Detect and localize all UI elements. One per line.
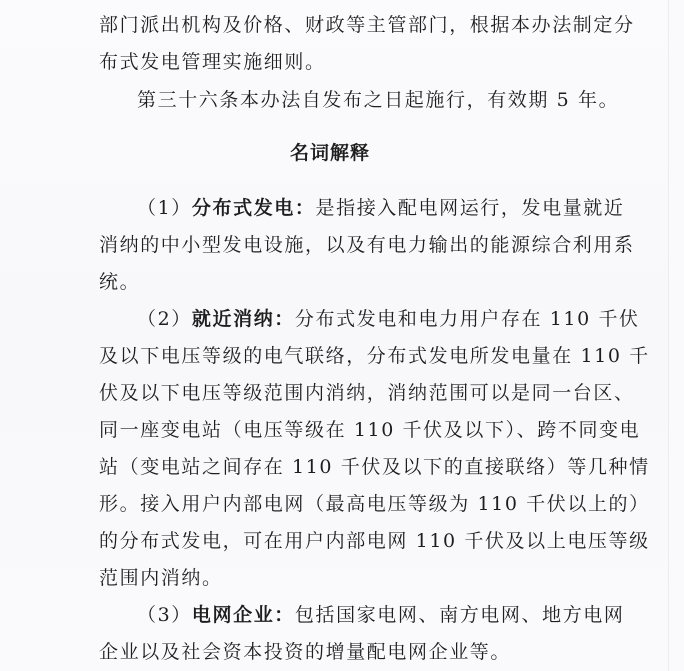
document-page: 部门派出机构及价格、财政等主管部门，根据本办法制定分 布式发电管理实施细则。 第… bbox=[0, 0, 669, 671]
definition-term: 就近消纳： bbox=[192, 308, 295, 330]
definition-number: （1） bbox=[137, 197, 192, 219]
body-text-line: 部门派出机构及价格、财政等主管部门，根据本办法制定分 bbox=[99, 13, 635, 37]
definition-2-line: 形。接入用户内部电网（最高电压等级为 110 千伏以上的） bbox=[99, 492, 650, 516]
definition-2-line: 伏及以下电压等级范围内消纳，消纳范围可以是同一台区、 bbox=[99, 381, 635, 405]
definition-2-line: 同一座变电站（电压等级在 110 千伏及以下）、跨不同变电 bbox=[99, 418, 640, 442]
definition-2-line: 站（变电站之间存在 110 千伏及以下的直接联络）等几种情 bbox=[99, 455, 650, 479]
article-36-text: 第三十六条本办法自发布之日起施行，有效期 5 年。 bbox=[137, 88, 619, 112]
definition-term: 电网企业： bbox=[192, 604, 295, 626]
definition-1-line: 消纳的中小型发电设施，以及有电力输出的能源综合利用系 bbox=[99, 233, 635, 257]
definition-2-line: 的分布式发电，可在用户内部电网 110 千伏及以上电压等级 bbox=[99, 529, 650, 553]
section-heading: 名词解释 bbox=[0, 141, 660, 165]
definition-text: 分布式发电和电力用户存在 110 千伏 bbox=[295, 308, 640, 330]
definition-text: 是指接入配电网运行，发电量就近 bbox=[316, 197, 625, 219]
definition-number: （2） bbox=[137, 308, 192, 330]
definition-1-line: 统。 bbox=[99, 270, 140, 294]
definition-3-line: 企业以及社会资本投资的增量配电网企业等。 bbox=[99, 640, 511, 664]
body-text-line: 布式发电管理实施细则。 bbox=[99, 50, 326, 74]
definition-2-line: 及以下电压等级的电气联络，分布式发电所发电量在 110 千 bbox=[99, 344, 650, 368]
definition-2-line: 范围内消纳。 bbox=[99, 566, 223, 590]
definition-1-first-line: （1）分布式发电：是指接入配电网运行，发电量就近 bbox=[137, 196, 625, 220]
definition-number: （3） bbox=[137, 604, 192, 626]
definition-3-first-line: （3）电网企业：包括国家电网、南方电网、地方电网 bbox=[137, 603, 625, 627]
definition-2-first-line: （2）就近消纳：分布式发电和电力用户存在 110 千伏 bbox=[137, 307, 640, 331]
definition-term: 分布式发电： bbox=[192, 197, 316, 219]
definition-text: 包括国家电网、南方电网、地方电网 bbox=[295, 604, 625, 626]
